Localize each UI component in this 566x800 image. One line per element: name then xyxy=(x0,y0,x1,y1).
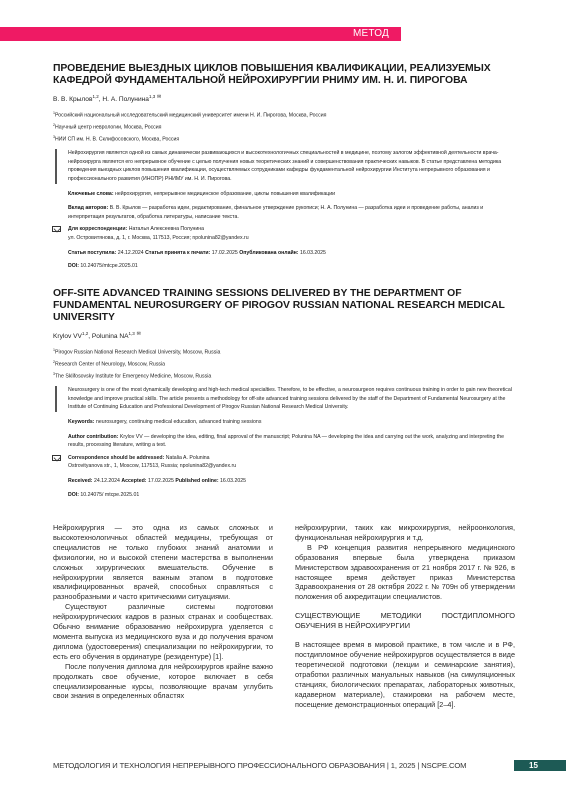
article-body: Нейрохирургия — это одна из самых сложны… xyxy=(53,523,515,709)
en-dates: Received: 24.12.2024 Accepted: 17.02.202… xyxy=(68,477,515,486)
affiliation-text: Научный центр неврологии, Москва, Россия xyxy=(55,125,161,131)
body-column-right: нейрохирургии, таких как микрохирургия, … xyxy=(295,523,515,709)
ru-keywords: Ключевые слова: нейрохирургия, непрерывн… xyxy=(68,190,515,199)
published-label: Опубликована онлайн: xyxy=(239,250,298,256)
ru-doi: DOI: 10.24075/mtcpe.2025.01 xyxy=(68,262,515,271)
affiliation-text: The Sklifosovsky Institute for Emergency… xyxy=(55,374,211,380)
en-correspondence: Correspondence should be addressed: Nata… xyxy=(68,454,515,471)
affiliation: 1Pirogov Russian National Research Medic… xyxy=(53,346,515,358)
doi-link[interactable]: 10.24075/mtcpe.2025.01 xyxy=(80,263,137,269)
correspondence-address[interactable]: Ostrovityanova str., 1, Moscow, 117513, … xyxy=(68,463,236,469)
journal-footer: МЕТОДОЛОГИЯ И ТЕХНОЛОГИЯ НЕПРЕРЫВНОГО ПР… xyxy=(53,761,466,770)
section-label: МЕТОД xyxy=(353,27,389,41)
paragraph: Нейрохирургия — это одна из самых сложны… xyxy=(53,523,273,602)
section-heading: СУЩЕСТВУЮЩИЕ МЕТОДИКИ ПОСТДИПЛОМНОГО ОБУ… xyxy=(295,611,515,631)
author-sup: 1,2 xyxy=(92,94,98,99)
correspondence-name: Natalia A. Polunina xyxy=(166,455,210,461)
en-doi: DOI: 10.24075/ mtcpe.2025.01 xyxy=(68,491,515,500)
received-date: 24.12.2024 xyxy=(118,250,144,256)
ru-correspondence: Для корреспонденции: Наталья Алексеевна … xyxy=(68,225,515,242)
author-name: В. В. Крылов xyxy=(53,96,92,103)
ru-authors: В. В. Крылов1,2, Н. А. Полунина1,3 ✉ xyxy=(53,94,515,103)
accepted-label: Статья принята к печати: xyxy=(145,250,210,256)
author-sup: 1,2 xyxy=(82,331,88,336)
affiliation: 2Научный центр неврологии, Москва, Росси… xyxy=(53,121,515,133)
author-sup: 1,3 xyxy=(149,94,155,99)
ru-affiliations: 1Российский национальный исследовательск… xyxy=(53,109,515,145)
author-name: Polunina NA xyxy=(92,333,129,340)
affiliation: 3НИИ СП им. Н. В. Склифосовского, Москва… xyxy=(53,133,515,145)
ru-contribution: Вклад авторов: В. В. Крылов — разработка… xyxy=(68,204,515,221)
published-label: Published online: xyxy=(175,478,218,484)
en-contribution: Author contribution: Krylov VV — develop… xyxy=(68,433,515,450)
affiliation: 3The Sklifosovsky Institute for Emergenc… xyxy=(53,370,515,382)
en-keywords: Keywords: neurosurgery, continuing medic… xyxy=(68,418,515,427)
correspondence-label: Для корреспонденции: xyxy=(68,226,127,232)
affiliation: 2Research Center of Neurology, Moscow, R… xyxy=(53,358,515,370)
author-name: Krylov VV xyxy=(53,333,82,340)
affiliation-text: Pirogov Russian National Research Medica… xyxy=(55,350,220,356)
mail-icon: ✉ xyxy=(137,331,141,337)
affiliation-text: НИИ СП им. Н. В. Склифосовского, Москва,… xyxy=(55,137,179,143)
ru-article-header: ПРОВЕДЕНИЕ ВЫЕЗДНЫХ ЦИКЛОВ ПОВЫШЕНИЯ КВА… xyxy=(53,63,515,271)
doi-link[interactable]: 10.24075/ mtcpe.2025.01 xyxy=(80,492,139,498)
ru-abstract: Нейрохирургия является одной из самых ди… xyxy=(55,149,515,183)
published-date: 16.03.2025 xyxy=(220,478,246,484)
en-authors: Krylov VV1,2, Polunina NA1,3 ✉ xyxy=(53,331,515,340)
published-date: 16.03.2025 xyxy=(300,250,326,256)
contribution-label: Author contribution: xyxy=(68,434,118,440)
ru-title: ПРОВЕДЕНИЕ ВЫЕЗДНЫХ ЦИКЛОВ ПОВЫШЕНИЯ КВА… xyxy=(53,63,515,87)
contribution-label: Вклад авторов: xyxy=(68,205,108,211)
affiliation: 1Российский национальный исследовательск… xyxy=(53,109,515,121)
en-article-header: OFF-SITE ADVANCED TRAINING SESSIONS DELI… xyxy=(53,288,515,499)
author-name: Н. А. Полунина xyxy=(102,96,149,103)
section-banner: МЕТОД xyxy=(0,27,401,41)
doi-label: DOI: xyxy=(68,492,79,498)
received-label: Received: xyxy=(68,478,93,484)
envelope-icon xyxy=(52,455,61,461)
received-date: 24.12.2024 xyxy=(94,478,120,484)
contribution-text: Krylov VV — developing the idea, editing… xyxy=(68,434,504,449)
en-abstract: Neurosurgery is one of the most dynamica… xyxy=(55,386,515,412)
keywords-text: нейрохирургия, непрерывное медицинское о… xyxy=(115,191,335,197)
keywords-label: Ключевые слова: xyxy=(68,191,114,197)
ru-dates: Статья поступила: 24.12.2024 Статья прин… xyxy=(68,249,515,258)
doi-label: DOI: xyxy=(68,263,79,269)
paragraph: В настоящее время в мировой практике, в … xyxy=(295,640,515,709)
accepted-date: 17.02.2025 xyxy=(212,250,238,256)
keywords-label: Keywords: xyxy=(68,419,95,425)
paragraph: В РФ концепция развития непрерывного мед… xyxy=(295,543,515,602)
correspondence-address[interactable]: ул. Островитянова, д. 1, г. Москва, 1175… xyxy=(68,235,249,241)
received-label: Статья поступила: xyxy=(68,250,116,256)
affiliation-text: Research Center of Neurology, Moscow, Ru… xyxy=(55,362,165,368)
envelope-icon xyxy=(52,226,61,232)
paragraph: нейрохирургии, таких как микрохирургия, … xyxy=(295,523,515,543)
body-column-left: Нейрохирургия — это одна из самых сложны… xyxy=(53,523,273,709)
accepted-date: 17.02.2025 xyxy=(148,478,174,484)
page-number: 15 xyxy=(514,760,566,771)
accepted-label: Accepted: xyxy=(121,478,146,484)
en-title: OFF-SITE ADVANCED TRAINING SESSIONS DELI… xyxy=(53,288,515,324)
keywords-text: neurosurgery, continuing medical educati… xyxy=(96,419,261,425)
author-sup: 1,3 xyxy=(129,331,135,336)
mail-icon: ✉ xyxy=(157,94,161,100)
correspondence-label: Correspondence should be addressed: xyxy=(68,455,164,461)
correspondence-name: Наталья Алексеевна Полунина xyxy=(129,226,204,232)
paragraph: Существуют различные системы подготовки … xyxy=(53,602,273,661)
contribution-text: В. В. Крылов — разработка идеи, редактир… xyxy=(68,205,483,220)
en-affiliations: 1Pirogov Russian National Research Medic… xyxy=(53,346,515,382)
affiliation-text: Российский национальный исследовательски… xyxy=(55,113,326,119)
paragraph: После получения диплома для нейрохирурго… xyxy=(53,662,273,702)
